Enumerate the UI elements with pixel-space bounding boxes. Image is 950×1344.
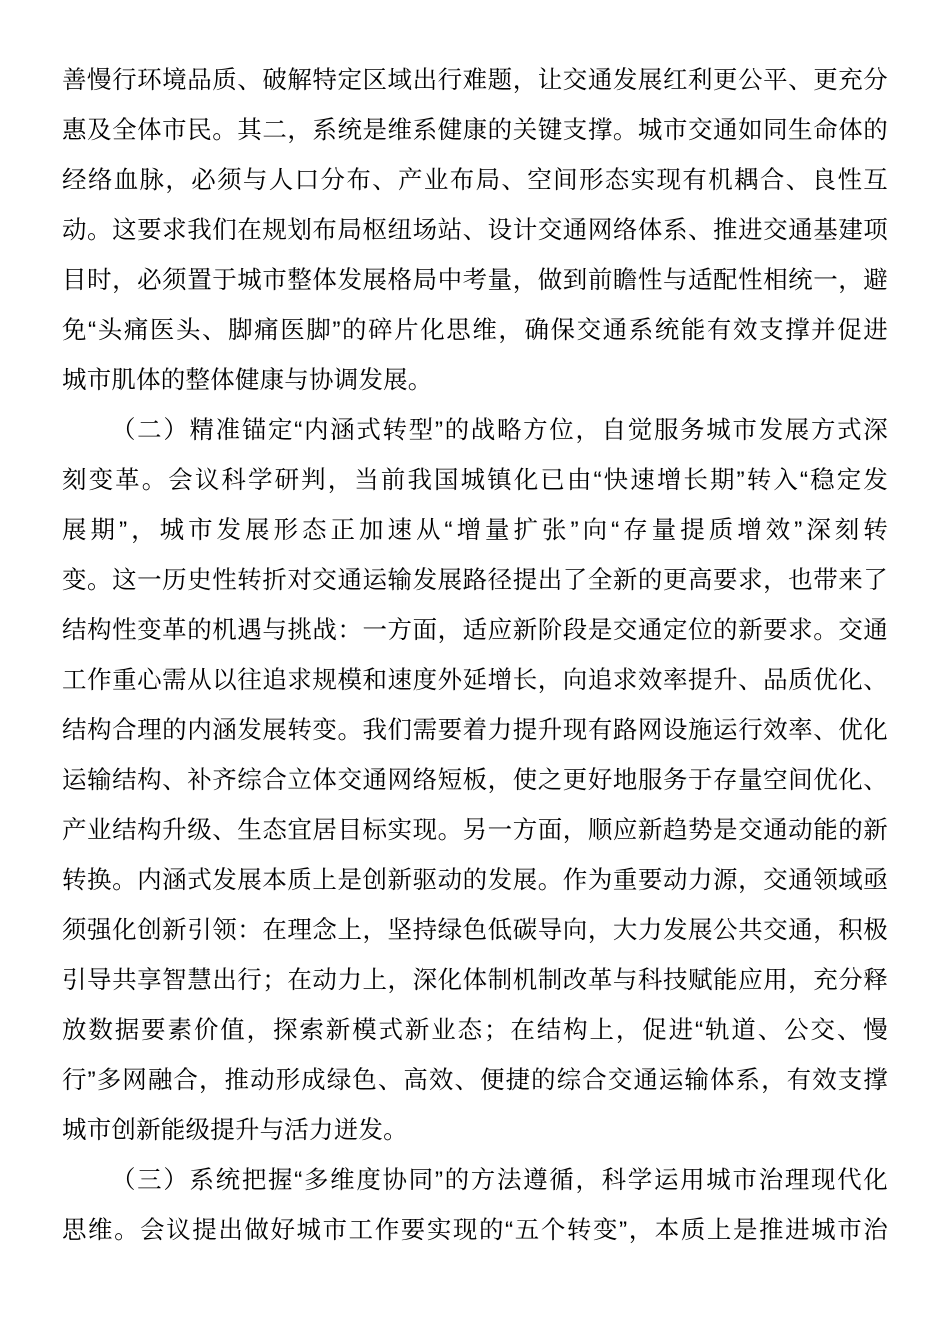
doc-line: 工作重心需从以往追求规模和速度外延增长，向追求效率提升、品质优化、	[62, 656, 888, 706]
doc-line: 善慢行环境品质、破解特定区域出行难题，让交通发展红利更公平、更充分	[62, 56, 888, 106]
doc-line: 城市创新能级提升与活力迸发。	[62, 1106, 888, 1156]
doc-line: 结构性变革的机遇与挑战：一方面，适应新阶段是交通定位的新要求。交通	[62, 606, 888, 656]
doc-line: 引导共享智慧出行；在动力上，深化体制机制改革与科技赋能应用，充分释	[62, 956, 888, 1006]
doc-line: 经络血脉，必须与人口分布、产业布局、空间形态实现有机耦合、良性互	[62, 156, 888, 206]
paragraph: 善慢行环境品质、破解特定区域出行难题，让交通发展红利更公平、更充分 惠及全体市民…	[62, 56, 888, 406]
doc-line: 目时，必须置于城市整体发展格局中考量，做到前瞻性与适配性相统一，避	[62, 256, 888, 306]
doc-line: 放数据要素价值，探索新模式新业态；在结构上，促进“轨道、公交、慢	[62, 1006, 888, 1056]
doc-line: （二）精准锚定“内涵式转型”的战略方位，自觉服务城市发展方式深	[62, 406, 888, 456]
doc-line: 结构合理的内涵发展转变。我们需要着力提升现有路网设施运行效率、优化	[62, 706, 888, 756]
doc-line: 惠及全体市民。其二，系统是维系健康的关键支撑。城市交通如同生命体的	[62, 106, 888, 156]
paragraph: （二）精准锚定“内涵式转型”的战略方位，自觉服务城市发展方式深 刻变革。会议科学…	[62, 406, 888, 1156]
doc-line: 展期”，城市发展形态正加速从“增量扩张”向“存量提质增效”深刻转	[62, 506, 888, 556]
doc-line: 刻变革。会议科学研判，当前我国城镇化已由“快速增长期”转入“稳定发	[62, 456, 888, 506]
document-body: 善慢行环境品质、破解特定区域出行难题，让交通发展红利更公平、更充分 惠及全体市民…	[62, 56, 888, 1256]
doc-line: 产业结构升级、生态宜居目标实现。另一方面，顺应新趋势是交通动能的新	[62, 806, 888, 856]
doc-line: 动。这要求我们在规划布局枢纽场站、设计交通网络体系、推进交通基建项	[62, 206, 888, 256]
doc-line: 思维。会议提出做好城市工作要实现的“五个转变”，本质上是推进城市治	[62, 1206, 888, 1256]
paragraph: （三）系统把握“多维度协同”的方法遵循，科学运用城市治理现代化 思维。会议提出做…	[62, 1156, 888, 1256]
document-page: 善慢行环境品质、破解特定区域出行难题，让交通发展红利更公平、更充分 惠及全体市民…	[0, 0, 950, 1344]
doc-line: 变。这一历史性转折对交通运输发展路径提出了全新的更高要求，也带来了	[62, 556, 888, 606]
doc-line: 免“头痛医头、脚痛医脚”的碎片化思维，确保交通系统能有效支撑并促进	[62, 306, 888, 356]
doc-line: 须强化创新引领：在理念上，坚持绿色低碳导向，大力发展公共交通，积极	[62, 906, 888, 956]
doc-line: 城市肌体的整体健康与协调发展。	[62, 356, 888, 406]
doc-line: 运输结构、补齐综合立体交通网络短板，使之更好地服务于存量空间优化、	[62, 756, 888, 806]
doc-line: 转换。内涵式发展本质上是创新驱动的发展。作为重要动力源，交通领域亟	[62, 856, 888, 906]
doc-line: （三）系统把握“多维度协同”的方法遵循，科学运用城市治理现代化	[62, 1156, 888, 1206]
doc-line: 行”多网融合，推动形成绿色、高效、便捷的综合交通运输体系，有效支撑	[62, 1056, 888, 1106]
